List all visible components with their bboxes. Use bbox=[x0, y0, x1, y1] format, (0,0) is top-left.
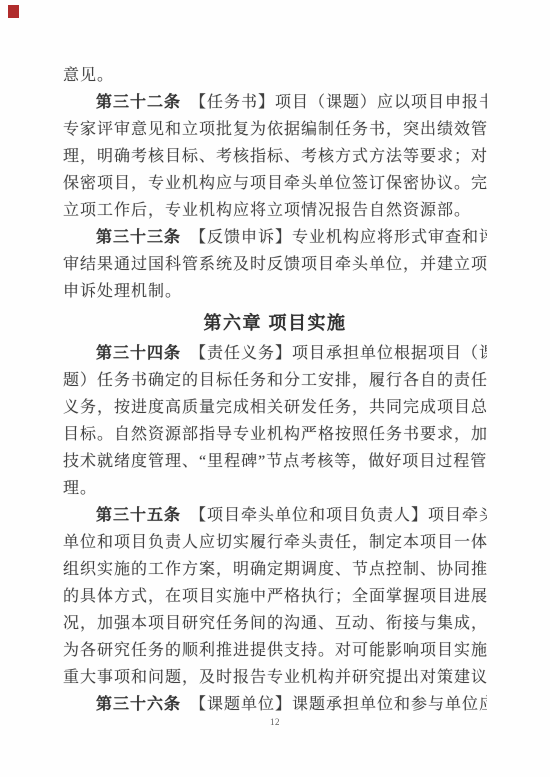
text-line: 单位和项目负责人应切实履行牵头责任，制定本项目一体化 bbox=[63, 529, 487, 556]
paragraph: 第三十三条 【反馈申诉】专业机构应将形式审查和评审结果通过国科管系统及时反馈项目… bbox=[63, 224, 487, 305]
text-line: 技术就绪度管理、“里程碑”节点考核等，做好项目过程管 bbox=[63, 448, 487, 475]
text-line: 立项工作后，专业机构应将立项情况报告自然资源部。 bbox=[63, 197, 487, 224]
text-line: 申诉处理机制。 bbox=[63, 278, 487, 305]
text-line: 第三十四条 【责任义务】项目承担单位根据项目（课 bbox=[63, 340, 487, 367]
text-line: 保密项目，专业机构应与项目牵头单位签订保密协议。完成 bbox=[63, 170, 487, 197]
text-line: 义务，按进度高质量完成相关研发任务，共同完成项目总体 bbox=[63, 394, 487, 421]
document-page: 意见。第三十二条 【任务书】项目（课题）应以项目申报书、专家评审意见和立项批复为… bbox=[0, 0, 550, 777]
chapter-heading: 第六章 项目实施 bbox=[63, 308, 487, 338]
text-line: 第三十六条 【课题单位】课题承担单位和参与单位应 bbox=[63, 691, 487, 718]
text-line: 理，明确考核目标、考核指标、考核方式方法等要求；对于 bbox=[63, 143, 487, 170]
page-number: 12 bbox=[0, 717, 550, 727]
article-number: 第三十五条 bbox=[96, 507, 181, 524]
text-line: 目标。自然资源部指导专业机构严格按照任务书要求，加强 bbox=[63, 421, 487, 448]
text-line: 况，加强本项目研究任务间的沟通、互动、衔接与集成，并 bbox=[63, 610, 487, 637]
text-line: 第三十三条 【反馈申诉】专业机构应将形式审查和评 bbox=[63, 224, 487, 251]
text-line: 理。 bbox=[63, 475, 487, 502]
text-line: 审结果通过国科管系统及时反馈项目牵头单位，并建立项目 bbox=[63, 251, 487, 278]
text-line: 的具体方式，在项目实施中严格执行；全面掌握项目进展情 bbox=[63, 583, 487, 610]
paragraph: 第三十二条 【任务书】项目（课题）应以项目申报书、专家评审意见和立项批复为依据编… bbox=[63, 89, 487, 224]
text-line: 为各研究任务的顺利推进提供支持。对可能影响项目实施的 bbox=[63, 637, 487, 664]
text-line: 第三十二条 【任务书】项目（课题）应以项目申报书、 bbox=[63, 89, 487, 116]
article-number: 第三十六条 bbox=[96, 696, 181, 713]
text-line: 第三十五条 【项目牵头单位和项目负责人】项目牵头 bbox=[63, 502, 487, 529]
text-line: 重大事项和问题，及时报告专业机构并研究提出对策建议。 bbox=[63, 664, 487, 691]
corner-marker bbox=[8, 5, 19, 18]
article-number: 第三十三条 bbox=[96, 229, 181, 246]
text-line: 意见。 bbox=[63, 62, 487, 89]
paragraph: 意见。 bbox=[63, 62, 487, 89]
text-line: 组织实施的工作方案，明确定期调度、节点控制、协同推进 bbox=[63, 556, 487, 583]
text-column: 意见。第三十二条 【任务书】项目（课题）应以项目申报书、专家评审意见和立项批复为… bbox=[63, 62, 487, 718]
text-line: 专家评审意见和立项批复为依据编制任务书，突出绩效管 bbox=[63, 116, 487, 143]
paragraph: 第三十四条 【责任义务】项目承担单位根据项目（课题）任务书确定的目标任务和分工安… bbox=[63, 340, 487, 502]
article-number: 第三十二条 bbox=[96, 94, 181, 111]
paragraph: 第三十五条 【项目牵头单位和项目负责人】项目牵头单位和项目负责人应切实履行牵头责… bbox=[63, 502, 487, 691]
article-number: 第三十四条 bbox=[96, 345, 181, 362]
text-line: 题）任务书确定的目标任务和分工安排，履行各自的责任和 bbox=[63, 367, 487, 394]
paragraph: 第三十六条 【课题单位】课题承担单位和参与单位应 bbox=[63, 691, 487, 718]
